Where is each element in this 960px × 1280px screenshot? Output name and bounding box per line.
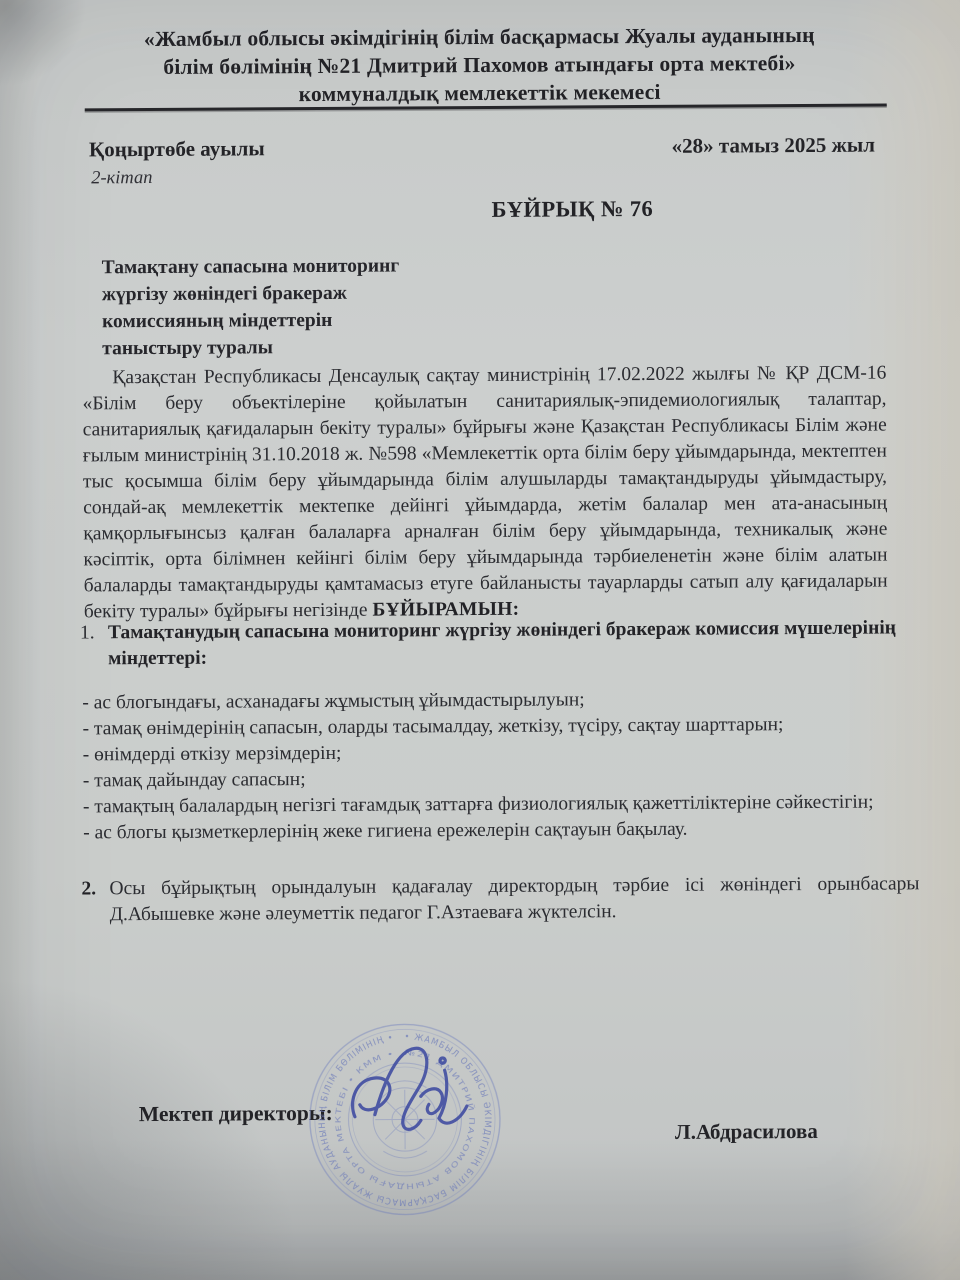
duties-list: - ас блогындағы, асханадағы жұмыстың ұйы… bbox=[82, 686, 885, 847]
director-name: Л.Абдрасилова bbox=[675, 1119, 818, 1145]
list-item: - ас блогы қызметкерлерінің жеке гигиена… bbox=[83, 816, 885, 847]
order-title: БҰЙРЫҚ № 76 bbox=[0, 194, 957, 226]
subject-line-1: Тамақтану сапасына мониторинг bbox=[102, 252, 400, 281]
signature-label: Мектеп директоры: bbox=[139, 1101, 333, 1127]
subject-line-4: таныстыру туралы bbox=[102, 333, 400, 362]
subject-line-3: комиссияның міндеттерін bbox=[102, 306, 400, 335]
settlement-name: Қоңыртөбе ауылы bbox=[89, 136, 265, 162]
list-item: - тамақ өнімдерінің сапасын, оларды тасы… bbox=[82, 712, 884, 743]
signature-graphic bbox=[338, 1036, 503, 1155]
item-1-text: Тамақтанудың сапасына мониторинг жүргізу… bbox=[108, 617, 896, 669]
organization-name: «Жамбыл облысы әкімдігінің білім басқарм… bbox=[66, 20, 892, 109]
subject-line-2: жүргізу жөніндегі бракераж bbox=[102, 279, 400, 308]
item-2-number: 2. bbox=[81, 876, 96, 902]
book-number: 2-кітап bbox=[91, 168, 152, 189]
scanned-document-photo: «Жамбыл облысы әкімдігінің білім басқарм… bbox=[0, 0, 960, 1280]
order-item-1: 1. Тамақтанудың сапасына мониторинг жүрг… bbox=[80, 615, 918, 672]
handwritten-signature bbox=[338, 1036, 503, 1155]
order-item-2: 2. Осы бұйрықтың орындалуын қадағалау ди… bbox=[81, 871, 919, 928]
item-1-number: 1. bbox=[80, 620, 95, 646]
place-date-row: Қоңыртөбе ауылы «28» тамыз 2025 жыл bbox=[89, 133, 875, 163]
preamble-text: Қазақстан Республикасы Денсаулық сақтау … bbox=[82, 363, 887, 623]
list-item: - тамақтың балалардың негізгі тағамдық з… bbox=[83, 790, 885, 821]
item-2-text: Осы бұйрықтың орындалуын қадағалау дирек… bbox=[109, 873, 919, 925]
order-date: «28» тамыз 2025 жыл bbox=[672, 133, 876, 159]
org-header-line-2: білім бөлімінің №21 Дмитрий Пахомов атын… bbox=[66, 48, 892, 81]
order-document: «Жамбыл облысы әкімдігінің білім басқарм… bbox=[0, 0, 960, 1280]
preamble-paragraph: Қазақстан Республикасы Денсаулық сақтау … bbox=[82, 361, 888, 626]
order-subject: Тамақтану сапасына мониторинг жүргізу жө… bbox=[102, 252, 400, 362]
